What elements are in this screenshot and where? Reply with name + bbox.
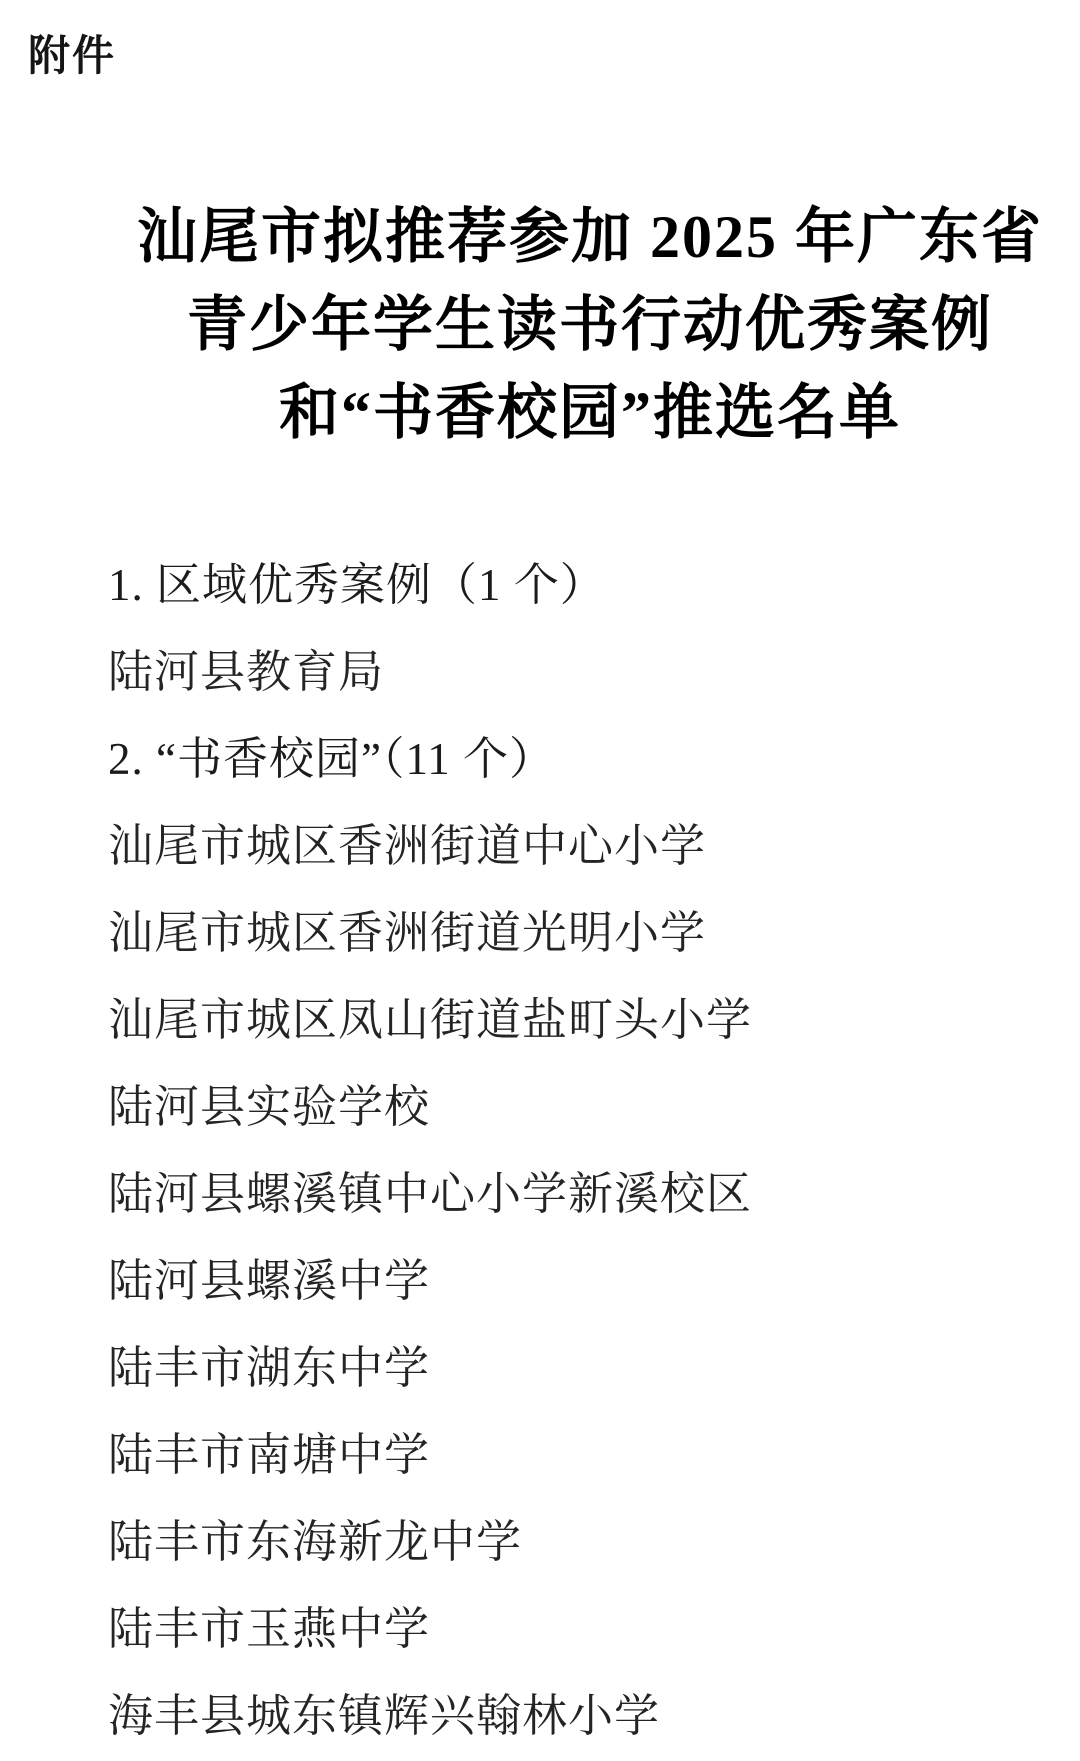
document-title-line-1: 汕尾市拟推荐参加 2025 年广东省 [110,193,1070,281]
section-2-item: 陆丰市玉燕中学 [108,1586,1040,1673]
attachment-label: 附件 [28,30,116,82]
section-2-item: 陆丰市南塘中学 [108,1412,1040,1499]
section-2-item: 海丰县城东镇辉兴翰林小学 [108,1673,1040,1760]
section-2-item: 陆丰市湖东中学 [108,1325,1040,1412]
document-title: 汕尾市拟推荐参加 2025 年广东省 青少年学生读书行动优秀案例 和“书香校园”… [110,193,1070,457]
section-2-item: 陆丰市东海新龙中学 [108,1499,1040,1586]
section-1-heading: 1. 区域优秀案例（1 个） [108,542,1040,629]
section-2-item: 汕尾市城区香洲街道中心小学 [108,803,1040,890]
section-1-item: 陆河县教育局 [108,629,1040,716]
section-2-item: 陆河县实验学校 [108,1064,1040,1151]
section-2-heading: 2. “书香校园”（11 个） [108,716,1040,803]
section-2-item: 陆河县螺溪镇中心小学新溪校区 [108,1151,1040,1238]
document-body: 1. 区域优秀案例（1 个） 陆河县教育局 2. “书香校园”（11 个） 汕尾… [108,542,1040,1760]
document-page: 附件 汕尾市拟推荐参加 2025 年广东省 青少年学生读书行动优秀案例 和“书香… [0,0,1080,1761]
document-title-line-2: 青少年学生读书行动优秀案例 [110,281,1070,369]
section-2-item: 汕尾市城区凤山街道盐町头小学 [108,977,1040,1064]
section-2-item: 汕尾市城区香洲街道光明小学 [108,890,1040,977]
section-2-item: 陆河县螺溪中学 [108,1238,1040,1325]
document-title-line-3: 和“书香校园”推选名单 [110,369,1070,457]
